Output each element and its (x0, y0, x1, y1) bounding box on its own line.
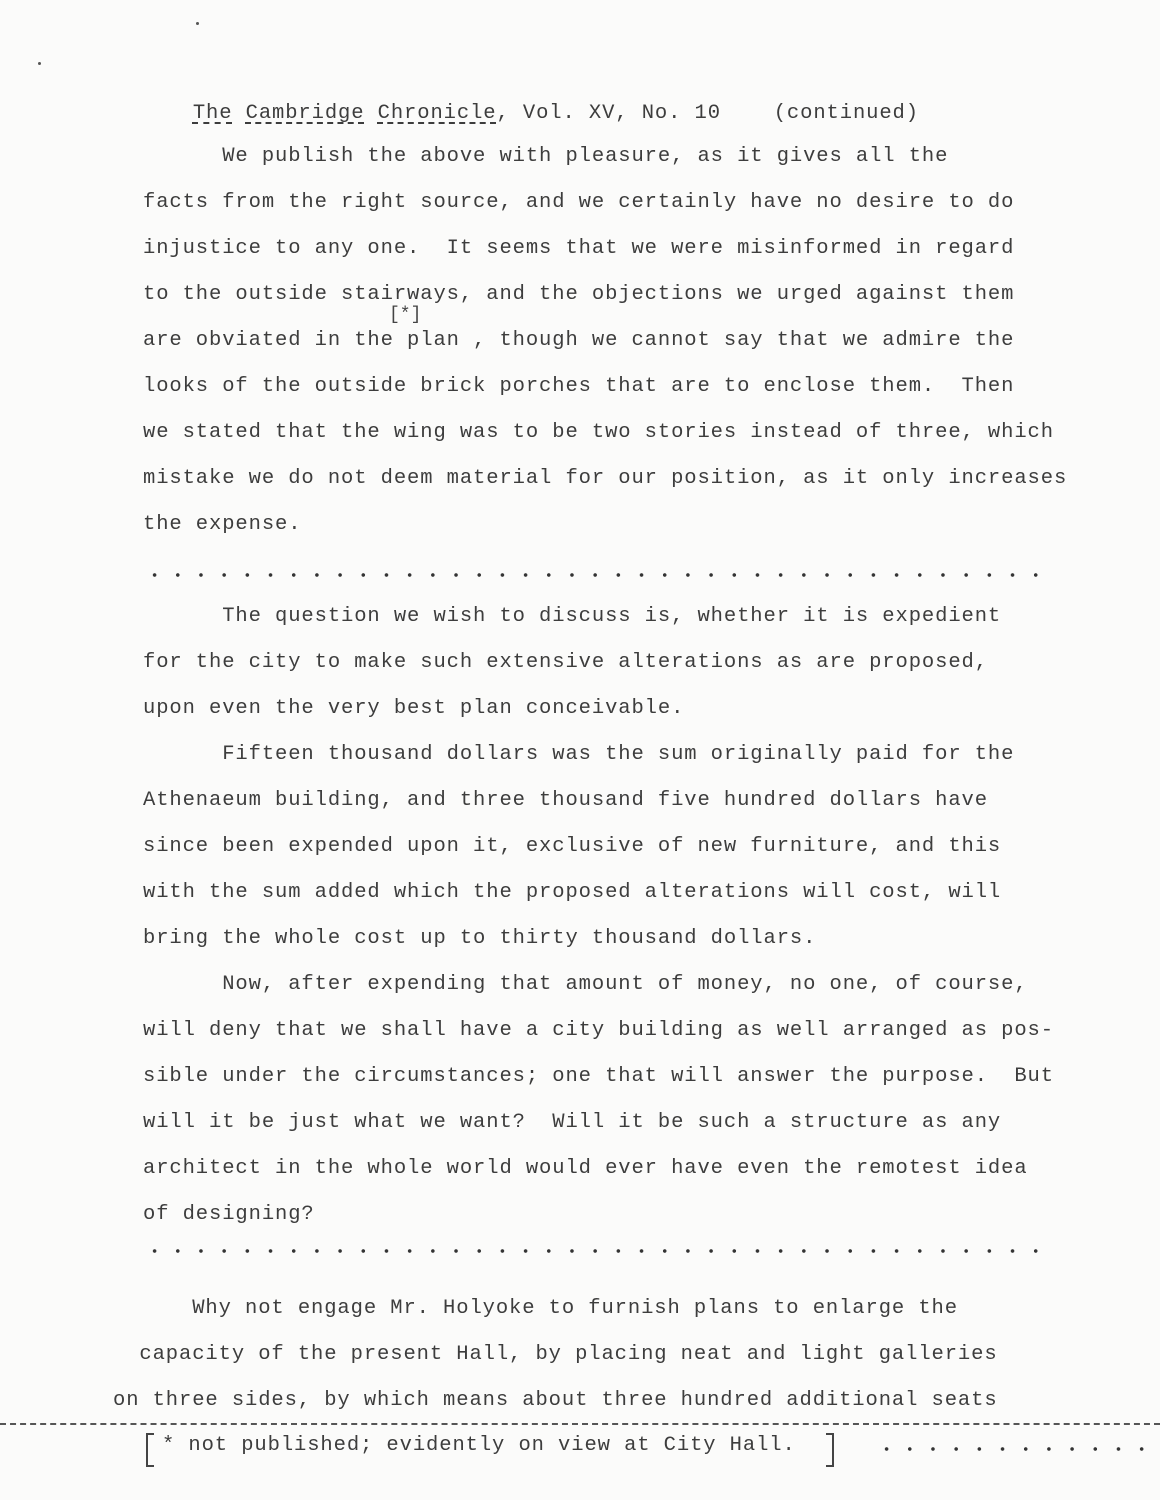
text-line: of designing? (143, 1203, 315, 1227)
text-line: bring the whole cost up to thirty thousa… (143, 927, 816, 951)
text-line: architect in the whole world would ever … (143, 1157, 1028, 1181)
text-line: facts from the right source, and we cert… (143, 191, 1014, 215)
text-line: Now, after expending that amount of mone… (143, 973, 1028, 997)
text-line: we stated that the wing was to be two st… (143, 421, 1054, 445)
header-title-chronicle: Chronicle (378, 102, 497, 125)
header-title-cambridge: Cambridge (246, 102, 365, 125)
text-line: the expense. (143, 513, 301, 537)
text-line: will it be just what we want? Will it be… (143, 1111, 1001, 1135)
text-line: looks of the outside brick porches that … (143, 375, 1014, 399)
footnote-rule (0, 1423, 1160, 1425)
stray-mark (196, 22, 199, 25)
text-line: to the outside stairways, and the object… (143, 283, 1014, 307)
text-line: on three sides, by which means about thr… (113, 1389, 998, 1413)
text-line: for the city to make such extensive alte… (143, 651, 988, 675)
header-volume: , Vol. XV, No. 10 (496, 102, 720, 125)
text-line: injustice to any one. It seems that we w… (143, 237, 1014, 261)
typescript-page: The Cambridge Chronicle, Vol. XV, No. 10… (0, 0, 1160, 1500)
text-line: Why not engage Mr. Holyoke to furnish pl… (113, 1297, 958, 1321)
header-title-the: The (193, 102, 233, 125)
text-line: mistake we do not deem material for our … (143, 467, 1067, 491)
stray-mark (38, 62, 41, 65)
text-line: sible under the circumstances; one that … (143, 1065, 1054, 1089)
text-line: capacity of the present Hall, by placing… (113, 1343, 998, 1367)
ellipsis-divider (143, 1248, 1048, 1254)
header-continued: (continued) (774, 102, 919, 125)
bracket-left (146, 1433, 154, 1467)
footnote-dots (875, 1446, 1145, 1452)
text-line: are obviated in the plan , though we can… (143, 329, 1014, 353)
text-line: The question we wish to discuss is, whet… (143, 605, 1001, 629)
ellipsis-divider (143, 572, 1048, 578)
insert-note: [*] (389, 305, 421, 325)
bracket-right (826, 1433, 834, 1467)
text-line: with the sum added which the proposed al… (143, 881, 1001, 905)
text-line: since been expended upon it, exclusive o… (143, 835, 1001, 859)
page-header: The Cambridge Chronicle, Vol. XV, No. 10… (140, 78, 919, 150)
text-line: Athenaeum building, and three thousand f… (143, 789, 988, 813)
text-line: Fifteen thousand dollars was the sum ori… (143, 743, 1014, 767)
text-line: will deny that we shall have a city buil… (143, 1019, 1054, 1043)
footnote: * not published; evidently on view at Ci… (162, 1434, 796, 1458)
text-line: We publish the above with pleasure, as i… (143, 145, 948, 169)
text-line: upon even the very best plan conceivable… (143, 697, 684, 721)
